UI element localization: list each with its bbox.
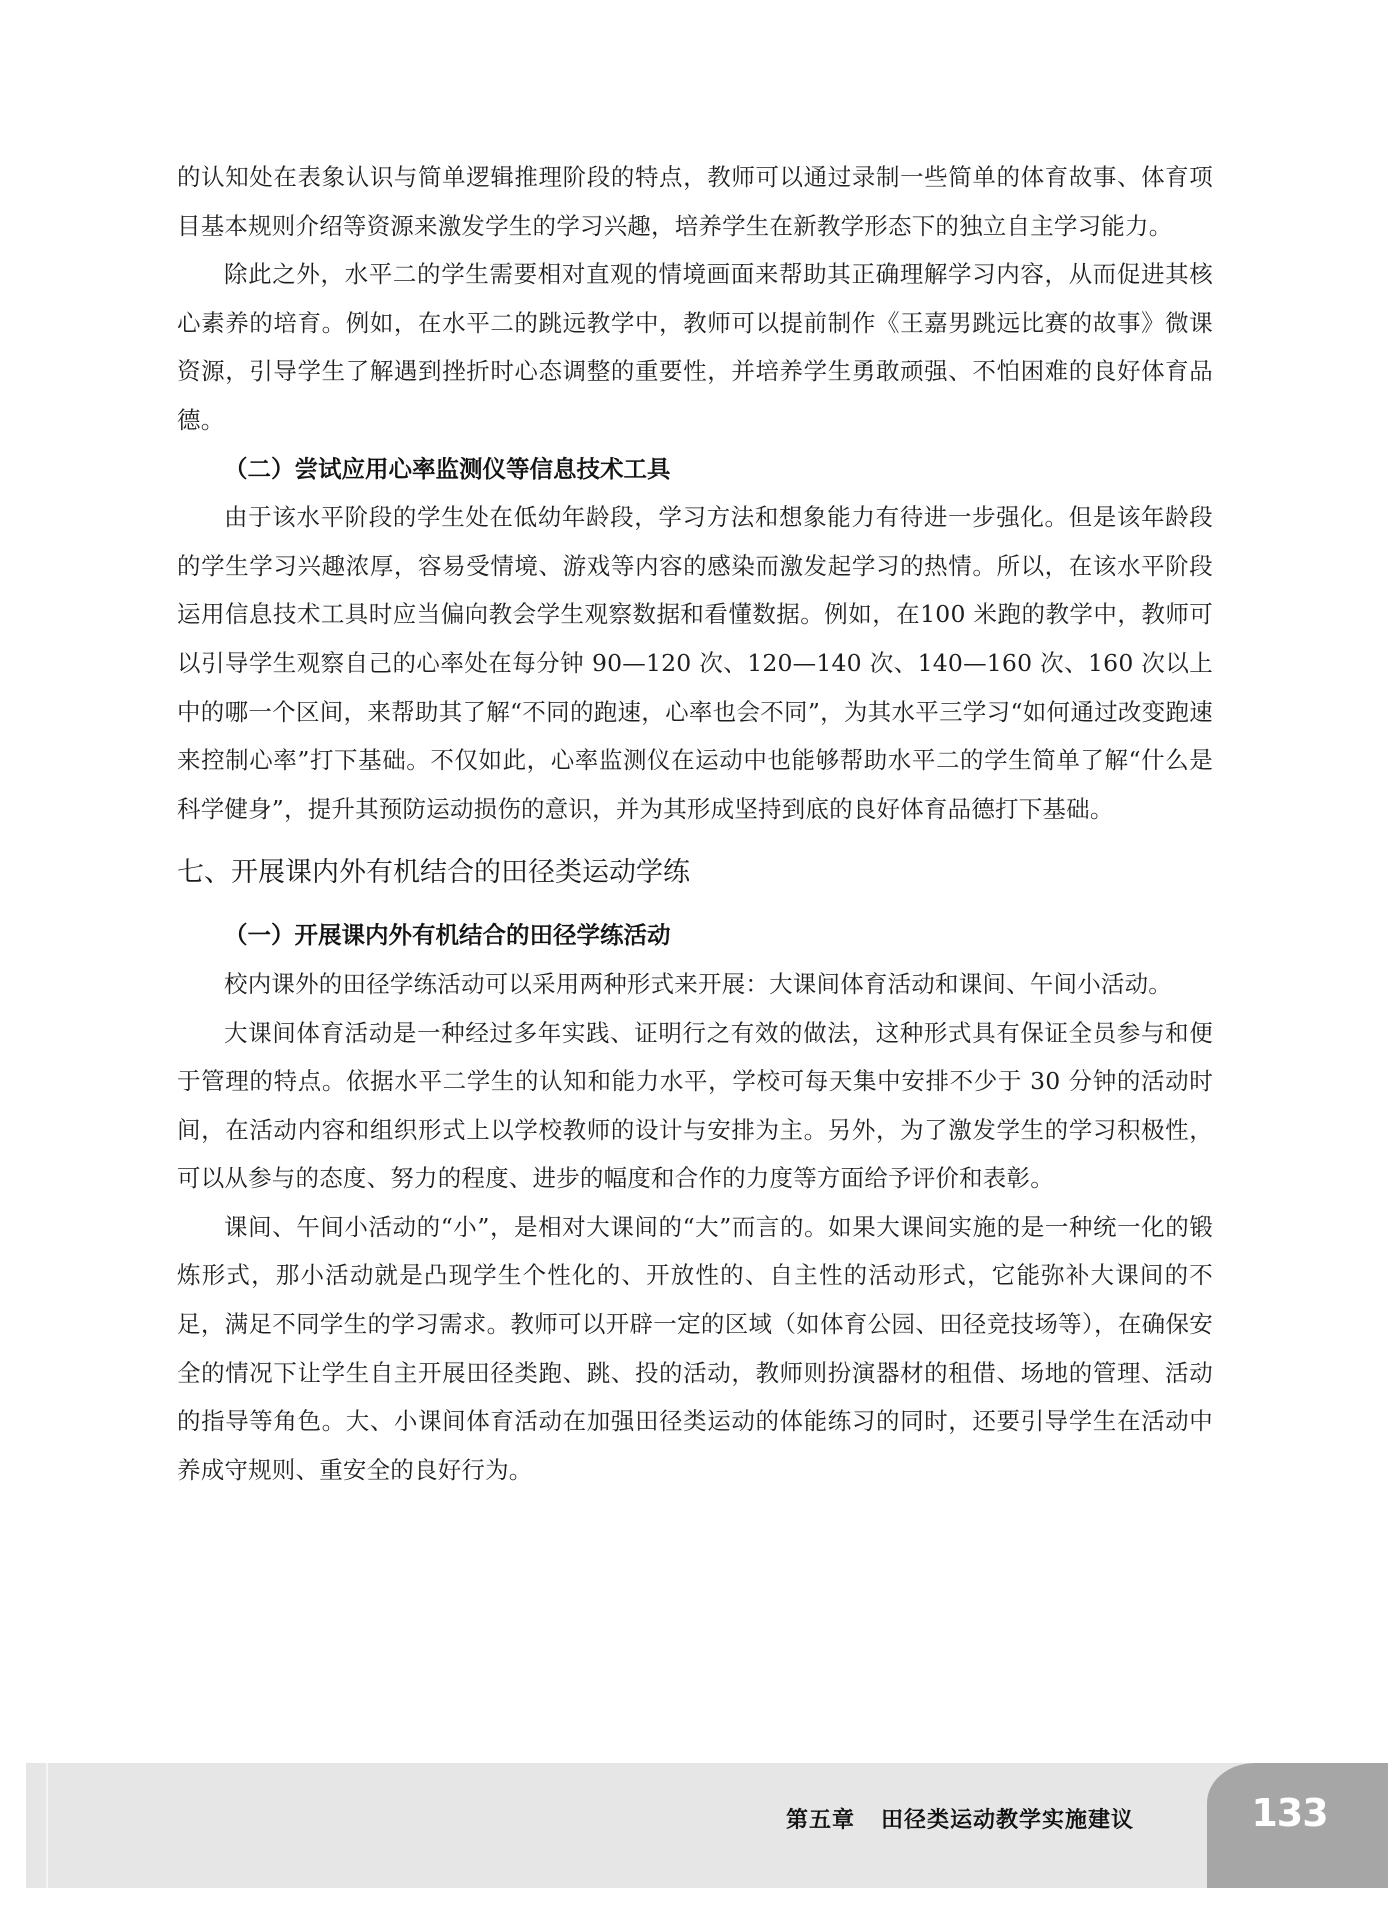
page-body: 的认知处在表象认识与简单逻辑推理阶段的特点，教师可以通过录制一些简单的体育故事、… [177,153,1213,1494]
page-number: 133 [1207,1791,1372,1835]
paragraph-two-forms: 校内课外的田径学练活动可以采用两种形式来开展：大课间体育活动和课间、午间小活动。 [177,960,1213,1009]
paragraph-continuation: 的认知处在表象认识与简单逻辑推理阶段的特点，教师可以通过录制一些简单的体育故事、… [177,153,1213,250]
page-number-tab: 133 [1207,1763,1388,1888]
paragraph-big-break: 大课间体育活动是一种经过多年实践、证明行之有效的做法，这种形式具有保证全员参与和… [177,1009,1213,1203]
subheading-heart-rate-monitor: （二）尝试应用心率监测仪等信息技术工具 [177,445,1213,494]
subheading-activities: （一）开展课内外有机结合的田径学练活动 [177,911,1213,960]
section-heading-seven: 七、开展课内外有机结合的田径类运动学练 [177,833,1213,911]
paragraph-small-break: 课间、午间小活动的“小”，是相对大课间的“大”而言的。如果大课间实施的是一种统一… [177,1203,1213,1495]
paragraph-intuitive-scenes: 除此之外，水平二的学生需要相对直观的情境画面来帮助其正确理解学习内容，从而促进其… [177,250,1213,444]
page-footer: 第五章 田径类运动教学实施建议 [26,1763,1388,1888]
paragraph-heart-rate: 由于该水平阶段的学生处在低幼年龄段，学习方法和想象能力有待进一步强化。但是该年龄… [177,493,1213,833]
footer-stripe [46,1763,48,1888]
chapter-label: 第五章 田径类运动教学实施建议 [786,1803,1134,1834]
